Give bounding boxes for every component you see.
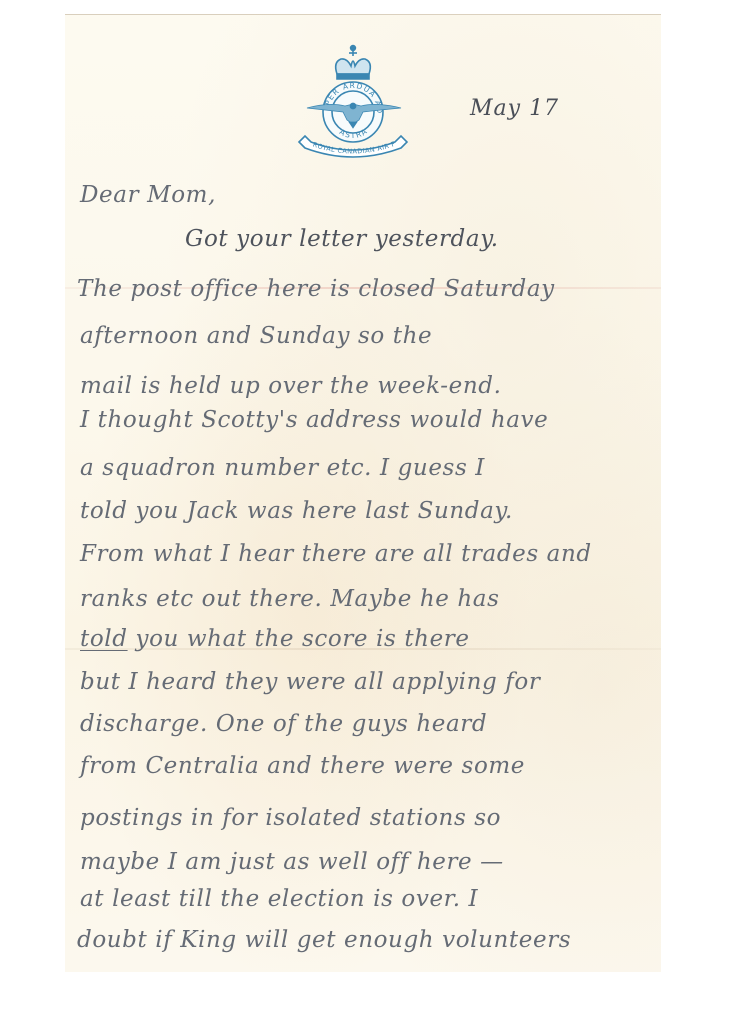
letter-line: discharge. One of the guys heard <box>80 711 487 737</box>
letter-line: afternoon and Sunday so the <box>80 323 432 349</box>
underlined-word: told <box>80 626 128 652</box>
letter-line: mail is held up over the week-end. <box>80 373 502 399</box>
rcaf-crest-icon: PER ARDUA AD ASTRA ROYAL CANADIAN AIR FO… <box>293 42 413 168</box>
letter-line: at least till the election is over. I <box>80 886 478 912</box>
letter-line: doubt if King will get enough volunteers <box>77 927 571 953</box>
letter-line: postings in for isolated stations so <box>80 805 501 831</box>
letter-line-rest: you what the score is there <box>136 626 470 652</box>
letter-line: told you Jack was here last Sunday. <box>80 498 513 524</box>
letter-page: PER ARDUA AD ASTRA ROYAL CANADIAN AIR FO… <box>65 14 661 972</box>
letter-line: From what I hear there are all trades an… <box>80 541 592 567</box>
letter-line: The post office here is closed Saturday <box>77 276 555 302</box>
letter-line: told you what the score is there <box>80 626 470 652</box>
letter-line: from Centralia and there were some <box>80 753 525 779</box>
letter-line: maybe I am just as well off here — <box>80 849 504 875</box>
letter-line: but I heard they were all applying for <box>80 669 540 695</box>
letter-line: Got your letter yesterday. <box>185 226 499 252</box>
letter-line: a squadron number etc. I guess I <box>80 455 485 481</box>
letter-line: I thought Scotty's address would have <box>80 407 548 433</box>
letter-line: ranks etc out there. Maybe he has <box>80 586 500 612</box>
letter-date: May 17 <box>470 96 559 121</box>
salutation: Dear Mom, <box>80 182 216 208</box>
